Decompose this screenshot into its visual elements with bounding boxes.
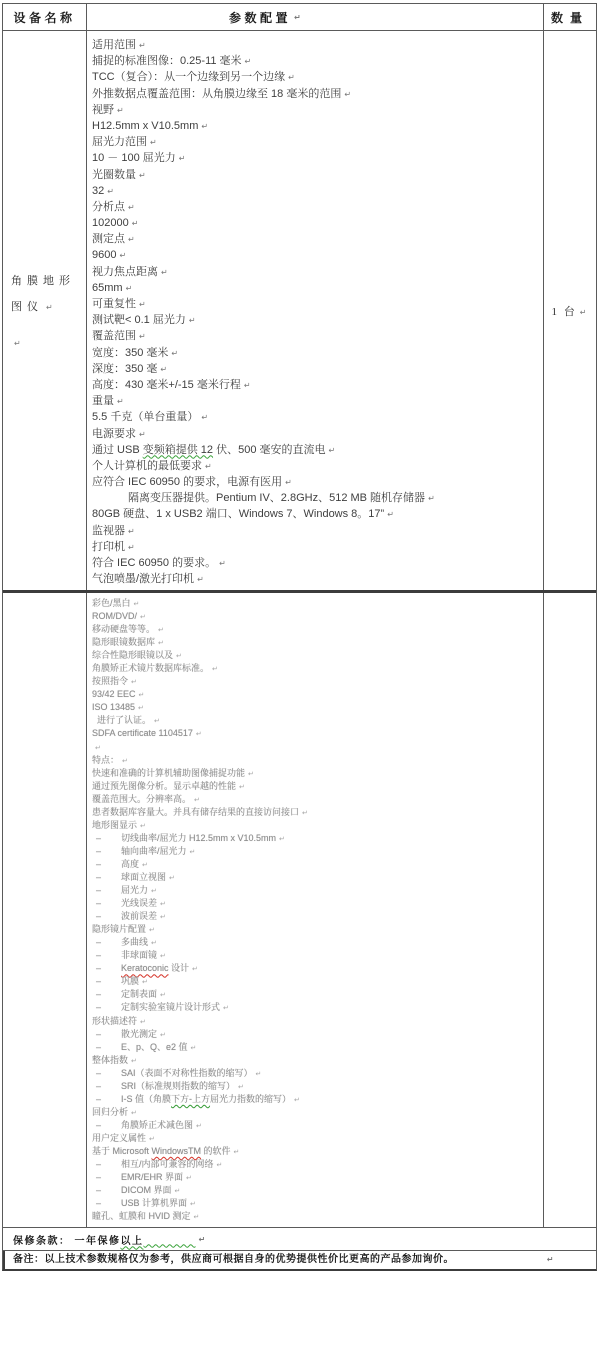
header-params: 参数配置 ↵ <box>87 4 544 30</box>
param-line: 快速和准确的计算机辅助图像捕捉功能↵ <box>92 767 543 780</box>
pilcrow-mark: ↵ <box>580 308 589 317</box>
param-line: 捕捉的标准图像：0.25-11 毫米↵ <box>92 53 543 69</box>
param-line: 隐形镜片配置↵ <box>92 923 543 936</box>
pilcrow-mark: ↵ <box>194 796 200 804</box>
pilcrow-mark: ↵ <box>154 717 160 725</box>
param-line: –切线曲率/屈光力 H12.5mm x V10.5mm↵ <box>92 832 543 845</box>
pilcrow-mark: ↵ <box>294 1096 300 1104</box>
pilcrow-mark: ↵ <box>234 1148 240 1156</box>
pilcrow-mark: ↵ <box>142 861 148 869</box>
pilcrow-mark: ↵ <box>160 365 167 374</box>
bullet-dash: – <box>92 1001 121 1014</box>
param-line: SDFA certificate 1104517↵ <box>92 727 543 740</box>
header-qty-label: 数量 <box>551 9 589 26</box>
pilcrow-mark: ↵ <box>140 613 146 621</box>
pilcrow-mark: ↵ <box>128 235 135 244</box>
pilcrow-mark: ↵ <box>186 1174 192 1182</box>
pilcrow-mark: ↵ <box>169 874 175 882</box>
warranty-text: 一年保修 <box>75 1232 121 1247</box>
pilcrow-mark: ↵ <box>288 73 295 82</box>
pilcrow-mark: ↵ <box>46 303 58 312</box>
pilcrow-mark: ↵ <box>285 478 292 487</box>
warranty-row: 保修条款： 一年保修 以上 ↵ <box>3 1228 596 1251</box>
params-section-2: 彩色/黑白↵ROM/DVD/↵移动硬盘等等。↵隐形眼镜数据库↵综合性隐形眼镜以及… <box>87 593 544 1227</box>
param-line: 80GB 硬盘、1 x USB2 端口、Windows 7、Windows 8。… <box>92 506 543 522</box>
pilcrow-mark: ↵ <box>387 510 394 519</box>
bullet-dash: – <box>92 1184 121 1197</box>
pilcrow-mark: ↵ <box>302 809 308 817</box>
table-header-row: 设备名称 参数配置 ↵ 数量 <box>3 4 596 31</box>
param-line: 适用范围↵ <box>92 37 543 53</box>
pilcrow-mark: ↵ <box>139 332 146 341</box>
param-line: 外推数据点覆盖范围：从角膜边缘至 18 毫米的范围↵ <box>92 86 543 102</box>
pilcrow-mark: ↵ <box>201 413 208 422</box>
bullet-dash: – <box>92 1197 121 1210</box>
pilcrow-mark: ↵ <box>205 462 212 471</box>
pilcrow-mark: ↵ <box>131 1057 137 1065</box>
param-line: 通过 USB 变频箱提供 12 伏、500 毫安的直流电↵ <box>92 442 543 458</box>
pilcrow-mark: ↵ <box>160 900 166 908</box>
param-line: 形状描述符↵ <box>92 1015 543 1028</box>
pilcrow-mark: ↵ <box>158 626 164 634</box>
squiggle-extension <box>144 1234 196 1245</box>
quantity-cell-empty <box>544 593 596 1227</box>
pilcrow-mark: ↵ <box>151 939 157 947</box>
pilcrow-mark: ↵ <box>126 284 133 293</box>
param-line: 特点：↵ <box>92 754 543 767</box>
pilcrow-mark: ↵ <box>190 1200 196 1208</box>
param-line: 患者数据库容量大。并具有储存结果的直接访问接口↵ <box>92 806 543 819</box>
spec-table: 设备名称 参数配置 ↵ 数量 角膜地形图仪↵ ↵ 适用范围↵捕捉的标准图像：0.… <box>2 3 597 1271</box>
param-line: –波前误差↵ <box>92 910 543 923</box>
pilcrow-mark: ↵ <box>201 122 208 131</box>
bullet-dash: – <box>92 1028 121 1041</box>
pilcrow-mark: ↵ <box>117 106 124 115</box>
param-line: 可重复性↵ <box>92 296 543 312</box>
param-line: –球面立视图↵ <box>92 871 543 884</box>
param-line: –高度↵ <box>92 858 543 871</box>
param-line: –USB 计算机界面↵ <box>92 1197 543 1210</box>
param-line: –SRI（标准规则指数的缩写）↵ <box>92 1080 543 1093</box>
note-text: 备注：以上技术参数规格仅为参考，供应商可根据自身的优势提供性价比更高的产品参加询… <box>13 1251 454 1269</box>
pilcrow-mark: ↵ <box>122 757 128 765</box>
bullet-dash: – <box>92 975 121 988</box>
param-line: 隔离变压器提供。Pentium IV、2.8GHz、512 MB 随机存储器↵ <box>92 490 543 506</box>
param-line: –Keratoconic 设计↵ <box>92 962 543 975</box>
param-line: 彩色/黑白↵ <box>92 597 543 610</box>
pilcrow-mark: ↵ <box>131 1109 137 1117</box>
param-line: 5.5 千克（单台重量）↵ <box>92 409 543 425</box>
param-line: 移动硬盘等等。↵ <box>92 623 543 636</box>
pilcrow-mark: ↵ <box>190 848 196 856</box>
param-line: –轴向曲率/屈光力↵ <box>92 845 543 858</box>
param-line: 深度：350 毫↵ <box>92 361 543 377</box>
param-line: –DICOM 界面↵ <box>92 1184 543 1197</box>
param-line: 宽度：350 毫米↵ <box>92 345 543 361</box>
param-line: 测试靶< 0.1 屈光力↵ <box>92 312 543 328</box>
param-line: 应符合 IEC 60950 的要求，电源有医用↵ <box>92 474 543 490</box>
pilcrow-mark: ↵ <box>179 154 186 163</box>
pilcrow-mark: ↵ <box>344 90 351 99</box>
param-line: –SAI（表面不对称性指数的缩写）↵ <box>92 1067 543 1080</box>
pilcrow-mark: ↵ <box>139 691 145 699</box>
param-line: –屈光力↵ <box>92 884 543 897</box>
pilcrow-mark: ↵ <box>142 978 148 986</box>
pilcrow-mark: ↵ <box>192 965 198 973</box>
param-line: –EMR/EHR 界面↵ <box>92 1171 543 1184</box>
bullet-dash: – <box>92 858 121 871</box>
bullet-dash: – <box>92 962 121 975</box>
pilcrow-mark: ↵ <box>128 203 135 212</box>
pilcrow-mark: ↵ <box>238 1083 244 1091</box>
param-line: 气泡喷墨/激光打印机↵ <box>92 571 543 587</box>
pilcrow-mark: ↵ <box>197 575 204 584</box>
param-line: 测定点↵ <box>92 231 543 247</box>
pilcrow-mark: ↵ <box>131 678 137 686</box>
pilcrow-mark: ↵ <box>128 543 135 552</box>
param-line: –多曲线↵ <box>92 936 543 949</box>
pilcrow-mark: ↵ <box>199 1235 207 1244</box>
param-line: 93/42 EEC↵ <box>92 688 543 701</box>
pilcrow-mark: ↵ <box>160 913 166 921</box>
pilcrow-mark: ↵ <box>219 559 226 568</box>
param-line: 分析点↵ <box>92 199 543 215</box>
param-line: –E、p、Q、e2 值↵ <box>92 1041 543 1054</box>
pilcrow-mark: ↵ <box>119 251 126 260</box>
param-line: 用户定义属性↵ <box>92 1132 543 1145</box>
pilcrow-mark: ↵ <box>212 665 218 673</box>
header-qty: 数量 <box>544 4 596 30</box>
bullet-dash: – <box>92 897 121 910</box>
param-line: –光线误差↵ <box>92 897 543 910</box>
param-line: 进行了认证。↵ <box>92 714 543 727</box>
pilcrow-mark: ↵ <box>329 446 336 455</box>
pilcrow-mark: ↵ <box>139 41 146 50</box>
header-device-name-label: 设备名称 <box>13 9 75 26</box>
pilcrow-mark: ↵ <box>175 1187 181 1195</box>
param-line: 视野↵ <box>92 102 543 118</box>
param-line: 综合性隐形眼镜以及↵ <box>92 649 543 662</box>
param-line: 10 － 100 屈光力↵ <box>92 150 543 166</box>
param-line: 覆盖范围↵ <box>92 328 543 344</box>
param-line: 打印机↵ <box>92 539 543 555</box>
pilcrow-mark: ↵ <box>140 1018 146 1026</box>
param-line: 个人计算机的最低要求↵ <box>92 458 543 474</box>
bullet-dash: – <box>92 949 121 962</box>
param-line: –非球面镜↵ <box>92 949 543 962</box>
param-line: 屈光力范围↵ <box>92 134 543 150</box>
param-line: –定制实验室镜片设计形式↵ <box>92 1001 543 1014</box>
param-line: –散光测定↵ <box>92 1028 543 1041</box>
bullet-dash: – <box>92 1158 121 1171</box>
pilcrow-mark: ↵ <box>244 381 251 390</box>
pilcrow-mark: ↵ <box>150 138 157 147</box>
pilcrow-mark: ↵ <box>160 991 166 999</box>
param-line: H12.5mm x V10.5mm↵ <box>92 118 543 134</box>
param-line: 视力焦点距离↵ <box>92 264 543 280</box>
pilcrow-mark: ↵ <box>245 57 252 66</box>
pilcrow-mark: ↵ <box>139 171 146 180</box>
param-line: 覆盖范围大。分辨率高。↵ <box>92 793 543 806</box>
bullet-dash: – <box>92 832 121 845</box>
bullet-dash: – <box>92 845 121 858</box>
param-line: 整体指数↵ <box>92 1054 543 1067</box>
param-line: 32↵ <box>92 183 543 199</box>
pilcrow-mark: ↵ <box>140 822 146 830</box>
bullet-dash: – <box>92 1119 121 1132</box>
bullet-dash: – <box>92 871 121 884</box>
param-line: 角膜矫正术镜片数据库标准。↵ <box>92 662 543 675</box>
param-line: –定制表面↵ <box>92 988 543 1001</box>
param-line: ROM/DVD/↵ <box>92 610 543 623</box>
param-line: 回归分析↵ <box>92 1106 543 1119</box>
pilcrow-mark: ↵ <box>117 397 124 406</box>
bullet-dash: – <box>92 936 121 949</box>
pilcrow-mark: ↵ <box>279 835 285 843</box>
pilcrow-mark: ↵ <box>171 349 178 358</box>
pilcrow-mark: ↵ <box>138 704 144 712</box>
pilcrow-mark: ↵ <box>158 639 164 647</box>
param-line: 9600↵ <box>92 247 543 263</box>
header-device-name: 设备名称 <box>3 4 87 30</box>
pilcrow-mark: ↵ <box>547 1251 554 1269</box>
warranty-label: 保修条款： <box>13 1232 71 1247</box>
table-row-section1: 角膜地形图仪↵ ↵ 适用范围↵捕捉的标准图像：0.25-11 毫米↵TCC（复合… <box>3 31 596 593</box>
param-line: –相互/内部可兼容的网络↵ <box>92 1158 543 1171</box>
pilcrow-mark: ↵ <box>196 1122 202 1130</box>
pilcrow-mark: ↵ <box>194 1213 200 1221</box>
param-line: 符合 IEC 60950 的要求。↵ <box>92 555 543 571</box>
param-line: 隐形眼镜数据库↵ <box>92 636 543 649</box>
param-line: 光圈数量↵ <box>92 167 543 183</box>
param-line: ISO 13485↵ <box>92 701 543 714</box>
pilcrow-mark: ↵ <box>139 300 146 309</box>
param-line: 高度：430 毫米+/-15 毫米行程↵ <box>92 377 543 393</box>
param-line: TCC（复合）：从一个边缘到另一个边缘↵ <box>92 69 543 85</box>
pilcrow-mark: ↵ <box>161 268 168 277</box>
param-line: 基于 Microsoft WindowsTM 的软件↵ <box>92 1145 543 1158</box>
pilcrow-mark: ↵ <box>139 430 146 439</box>
table-row-section2: 彩色/黑白↵ROM/DVD/↵移动硬盘等等。↵隐形眼镜数据库↵综合性隐形眼镜以及… <box>3 593 596 1228</box>
param-line: 重量↵ <box>92 393 543 409</box>
bullet-dash: – <box>92 910 121 923</box>
empty-paragraph: ↵ <box>11 337 86 349</box>
bullet-dash: – <box>92 884 121 897</box>
pilcrow-mark: ↵ <box>95 744 101 752</box>
param-line: 按照指令↵ <box>92 675 543 688</box>
param-line: 102000↵ <box>92 215 543 231</box>
bullet-dash: – <box>92 1171 121 1184</box>
quantity-value: 1 台 <box>552 306 577 318</box>
pilcrow-mark: ↵ <box>132 219 139 228</box>
quantity-cell: 1 台↵ <box>544 31 596 590</box>
pilcrow-mark: ↵ <box>191 1044 197 1052</box>
pilcrow-mark: ↵ <box>134 600 140 608</box>
bullet-dash: – <box>92 1041 121 1054</box>
pilcrow-mark: ↵ <box>428 494 435 503</box>
device-name-cell-empty <box>3 593 87 1227</box>
pilcrow-mark: ↵ <box>189 316 196 325</box>
pilcrow-mark: ↵ <box>128 527 135 536</box>
param-line: 65mm↵ <box>92 280 543 296</box>
device-name-cell: 角膜地形图仪↵ ↵ <box>3 31 87 590</box>
param-line: 地形图显示↵ <box>92 819 543 832</box>
param-line: 监视器↵ <box>92 523 543 539</box>
param-line: –角膜矫正术减色图↵ <box>92 1119 543 1132</box>
param-line: 瞳孔、虹膜和 HVID 测定↵ <box>92 1210 543 1223</box>
bullet-dash: – <box>92 988 121 1001</box>
pilcrow-mark: ↵ <box>217 1161 223 1169</box>
pilcrow-mark: ↵ <box>149 926 155 934</box>
param-line: –I-S 值（角膜下方-上方屈光力指数的缩写）↵ <box>92 1093 543 1106</box>
bullet-dash: – <box>92 1093 121 1106</box>
bullet-dash: – <box>92 1067 121 1080</box>
params-section-1: 适用范围↵捕捉的标准图像：0.25-11 毫米↵TCC（复合）：从一个边缘到另一… <box>87 31 544 590</box>
pilcrow-mark: ↵ <box>239 783 245 791</box>
param-line: ↵ <box>92 741 543 754</box>
pilcrow-mark: ↵ <box>151 887 157 895</box>
pilcrow-mark: ↵ <box>294 13 304 22</box>
note-row: 备注：以上技术参数规格仅为参考，供应商可根据自身的优势提供性价比更高的产品参加询… <box>3 1251 596 1269</box>
warranty-underlined-text: 以上 <box>121 1232 144 1247</box>
param-line: –巩膜↵ <box>92 975 543 988</box>
pilcrow-mark: ↵ <box>149 1135 155 1143</box>
pilcrow-mark: ↵ <box>223 1004 229 1012</box>
pilcrow-mark: ↵ <box>107 187 114 196</box>
pilcrow-mark: ↵ <box>248 770 254 778</box>
device-name: 角膜地形图仪↵ <box>11 268 81 321</box>
pilcrow-mark: ↵ <box>14 339 21 348</box>
header-params-label: 参数配置 <box>229 9 291 26</box>
pilcrow-mark: ↵ <box>256 1070 262 1078</box>
pilcrow-mark: ↵ <box>196 730 202 738</box>
param-line: 电源要求↵ <box>92 426 543 442</box>
param-line: 通过预先图像分析。显示卓越的性能↵ <box>92 780 543 793</box>
bullet-dash: – <box>92 1080 121 1093</box>
pilcrow-mark: ↵ <box>176 652 182 660</box>
pilcrow-mark: ↵ <box>160 952 166 960</box>
pilcrow-mark: ↵ <box>160 1031 166 1039</box>
